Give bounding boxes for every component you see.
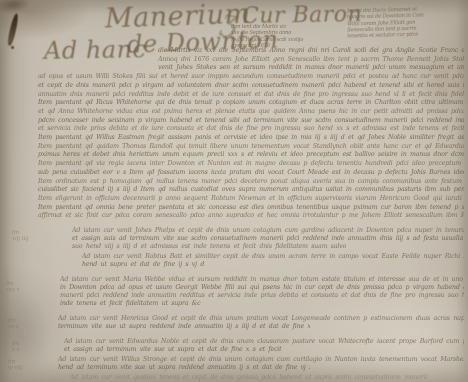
header-right-notes: Jacobi dni Ducis Somerset et honoris sui… — [347, 5, 466, 40]
manuscript-line: suo hend xiij s iiij d et admissus est i… — [72, 243, 346, 251]
manuscript-line: Ad istam cur venit quidam tenens et cepi… — [70, 374, 430, 382]
manuscript-line: Ad istam cur venit Willus Stronge et cep… — [58, 356, 464, 364]
manuscript-line: ad opus et usum Willi Stokes filii sui e… — [38, 73, 464, 82]
manuscript-line: manerii pdci reddend inde annuatim reddi… — [60, 292, 464, 300]
manuscript-line: affirmat et sic finit cur pdca coram sen… — [38, 212, 464, 221]
manuscript-line: Ad istam cur venit Henricus Good et cepi… — [58, 315, 464, 323]
manuscript-line: annuatim dnis manerii pdci redditus inde… — [38, 91, 464, 100]
entry-paragraph: Ad istam cur venit Henricus Good et cepi… — [58, 315, 464, 331]
manuscript-line: Ad istam cur venit Maria Webbe vidua et … — [60, 276, 464, 284]
margin-note: fin x s — [12, 341, 20, 353]
manuscript-line: Ad istam cur venit Johes Phelps et cepit… — [72, 227, 464, 235]
manuscript-line: sub pena cuiuslibet eor v s Item qd foss… — [38, 169, 464, 178]
manuscript-photo: Manerium de Downton ʒ Cur Baron ibm tent… — [0, 0, 468, 382]
manuscript-line: venit Johes Stokes sen et sursum reddidi… — [158, 64, 464, 73]
manuscript-line: et assign suis ad terminum vite sue scdm… — [72, 235, 464, 243]
margin-note: fin xxx s — [6, 281, 20, 293]
manuscript-line: hend ut supra et dat de fine ij s vj d — [82, 261, 235, 269]
manuscript-line: in Downton pdca ad opus et usum Georgii … — [60, 284, 464, 292]
manuscript-line: pdcm concesser inde seisinam p virgam ha… — [38, 117, 464, 126]
manuscript-line: Item psentant qd via regia iacens inter … — [38, 160, 464, 169]
entry-paragraph: Ad istam cur venit Johes Phelps et cepit… — [72, 227, 464, 251]
margin-note: fin xiij iiij — [12, 230, 29, 242]
margin-note: fin vj viij — [8, 359, 23, 371]
manuscript-line: et assign ad terminum vite sue ut supra … — [64, 346, 284, 354]
dark-ink-stroke — [6, 13, 19, 47]
manuscript-line: terminum vite sue ut supra reddend inde … — [58, 323, 310, 331]
manuscript-line: Item psentant qd omnia bene preter psent… — [38, 204, 464, 213]
manuscript-line: die Martis viz xxv die Septembris Anno r… — [158, 47, 464, 56]
court-subtext: ibm tent die Martis viz xxv die Septembr… — [231, 24, 343, 49]
entry-paragraph: Ad istam cur venit Willus Stronge et cep… — [58, 356, 464, 372]
manuscript-line: et servicia inde prius debita et de iure… — [38, 125, 464, 134]
manuscript-line: Ad istam cur venit Robtus Batt et simili… — [82, 253, 464, 261]
manuscript-line: pximus heres et debet dnis heriettum unu… — [38, 151, 464, 160]
manuscript-line: Annoq dni 1676 coram Johe Elliott gen Se… — [158, 56, 464, 65]
manuscript-line: inde tenens et fecit fidelitatem ut supr… — [60, 300, 222, 308]
manuscript-line: et qd Anna Whitehorne vidua eius est pxi… — [38, 108, 464, 117]
manuscript-line: Ad istam cur venit Edwardus Noble et cep… — [64, 338, 464, 346]
manuscript-line: et cepit de dnis manerii pdci p virgam a… — [38, 82, 464, 91]
manuscript-line: Item ordinatum est p homagium qd nullus … — [38, 178, 464, 187]
entry-paragraph: Ad istam cur venit Edwardus Noble et cep… — [64, 338, 464, 354]
entry-paragraph: Ad istam cur venit Robtus Batt et simili… — [82, 253, 464, 269]
initial-spacer — [38, 47, 158, 65]
manuscript-line: Item eligerunt in officium decennarii p … — [38, 195, 464, 204]
ink-dot — [11, 46, 14, 49]
entry-paragraph: Ad istam cur venit quidam tenens et cepi… — [70, 374, 430, 382]
manuscript-line: cuiuslibet sic faciend iij s iiij d Item… — [38, 186, 464, 195]
manuscript-line: hend ad terminum vite sue ut supra redde… — [58, 364, 310, 372]
margin-note: fin xx s — [8, 318, 19, 330]
manuscript-line: Item psentant qd Willus Eastman fregit a… — [38, 134, 464, 143]
entry-paragraph: Ad istam cur venit Maria Webbe vidua et … — [60, 276, 464, 308]
manuscript-line: Item psentant qd quidam Thomas Randoll q… — [38, 143, 464, 152]
main-text-block: die Martis viz xxv die Septembris Anno r… — [38, 47, 464, 221]
manuscript-line: Item psentant qd Ricus Whitehorne qui de… — [38, 99, 464, 108]
